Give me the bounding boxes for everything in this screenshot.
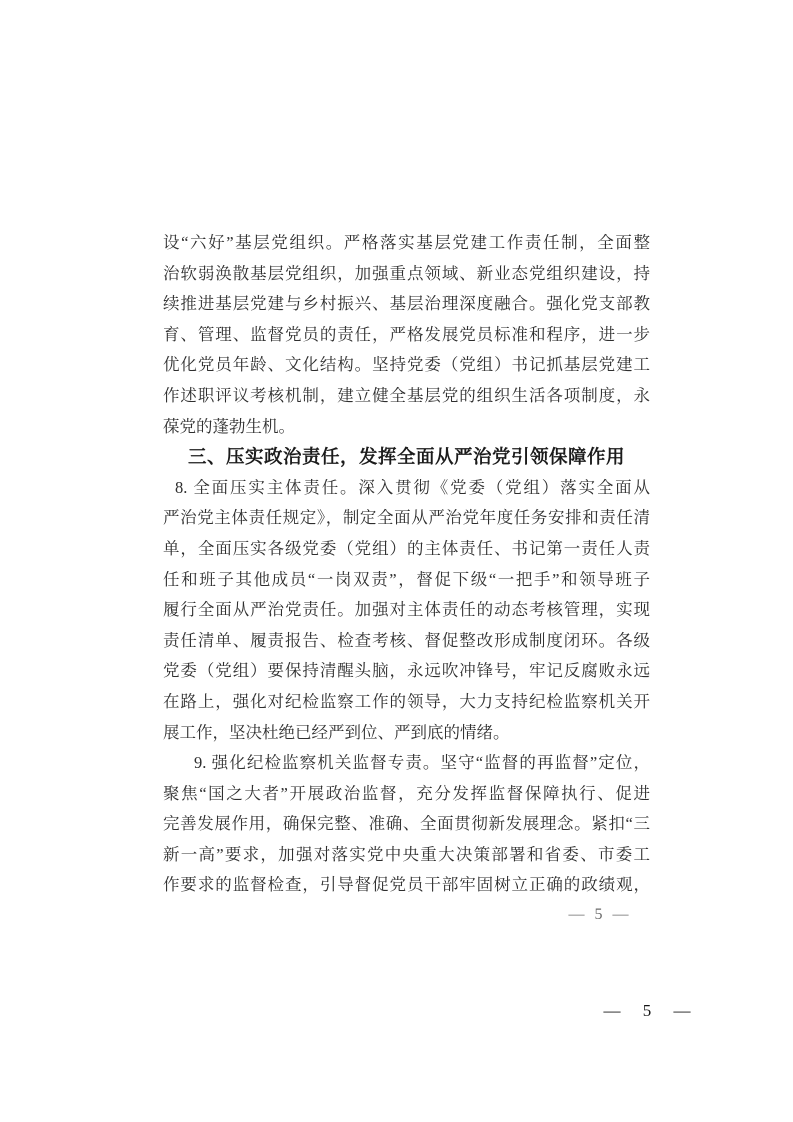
text-line: 履行全面从严治党责任。加强对主体责任的动态考核管理，实现 [163,595,650,626]
text-line: 任和班子其他成员“一岗双责”，督促下级“一把手”和领导班子 [163,565,650,596]
text-line: 党委（党组）要保持清醒头脑，永远吹冲锋号，牢记反腐败永远 [163,656,650,687]
text-line: 完善发展作用，确保完整、准确、全面贯彻新发展理念。紧扣“三 [163,809,650,840]
document-text-block: 设“六好”基层党组织。严格落实基层党建工作责任制，全面整 治软弱涣散基层党组织，… [163,228,650,901]
text-line: 新一高”要求，加强对落实党中央重大决策部署和省委、市委工 [163,840,650,871]
text-line: 育、管理、监督党员的责任，严格发展党员标准和程序，进一步 [163,320,650,351]
text-line: 聚焦“国之大者”开展政治监督，充分发挥监督保障执行、促进 [163,779,650,810]
text-line: 在路上，强化对纪检监察工作的领导，大力支持纪检监察机关开 [163,687,650,718]
document-page: 设“六好”基层党组织。严格落实基层党建工作责任制，全面整 治软弱涣散基层党组织，… [0,0,793,1122]
paragraph-9: 9. 强化纪检监察机关监督专责。坚守“监督的再监督”定位， 聚焦“国之大者”开展… [163,748,650,901]
text-line: 严治党主体责任规定》，制定全面从严治党年度任务安排和责任清 [163,503,650,534]
text-line: 作要求的监督检查，引导督促党员干部牢固树立正确的政绩观， [163,870,650,901]
text-line: 9. 强化纪检监察机关监督专责。坚守“监督的再监督”定位， [163,748,650,779]
printed-page-number: — 5 — [596,1001,700,1021]
text-line: 葆党的蓬勃生机。 [163,412,650,443]
scan-page-number: — 5 — [553,906,647,924]
text-line: 8. 全面压实主体责任。深入贯彻《党委（党组）落实全面从 [163,473,650,504]
section-heading: 三、压实政治责任，发挥全面从严治党引领保障作用 [163,442,650,473]
text-line: 治软弱涣散基层党组织，加强重点领域、新业态党组织建设，持 [163,259,650,290]
continuation-paragraph: 设“六好”基层党组织。严格落实基层党建工作责任制，全面整 治软弱涣散基层党组织，… [163,228,650,442]
text-line: 续推进基层党建与乡村振兴、基层治理深度融合。强化党支部教 [163,289,650,320]
text-line: 优化党员年龄、文化结构。坚持党委（党组）书记抓基层党建工 [163,350,650,381]
text-line: 设“六好”基层党组织。严格落实基层党建工作责任制，全面整 [163,228,650,259]
paragraph-8: 8. 全面压实主体责任。深入贯彻《党委（党组）落实全面从 严治党主体责任规定》，… [163,473,650,748]
text-line: 展工作，坚决杜绝已经严到位、严到底的情绪。 [163,718,650,749]
text-line: 单，全面压实各级党委（党组）的主体责任、书记第一责任人责 [163,534,650,565]
text-line: 责任清单、履责报告、检查考核、督促整改形成制度闭环。各级 [163,626,650,657]
text-line: 作述职评议考核机制，建立健全基层党的组织生活各项制度，永 [163,381,650,412]
